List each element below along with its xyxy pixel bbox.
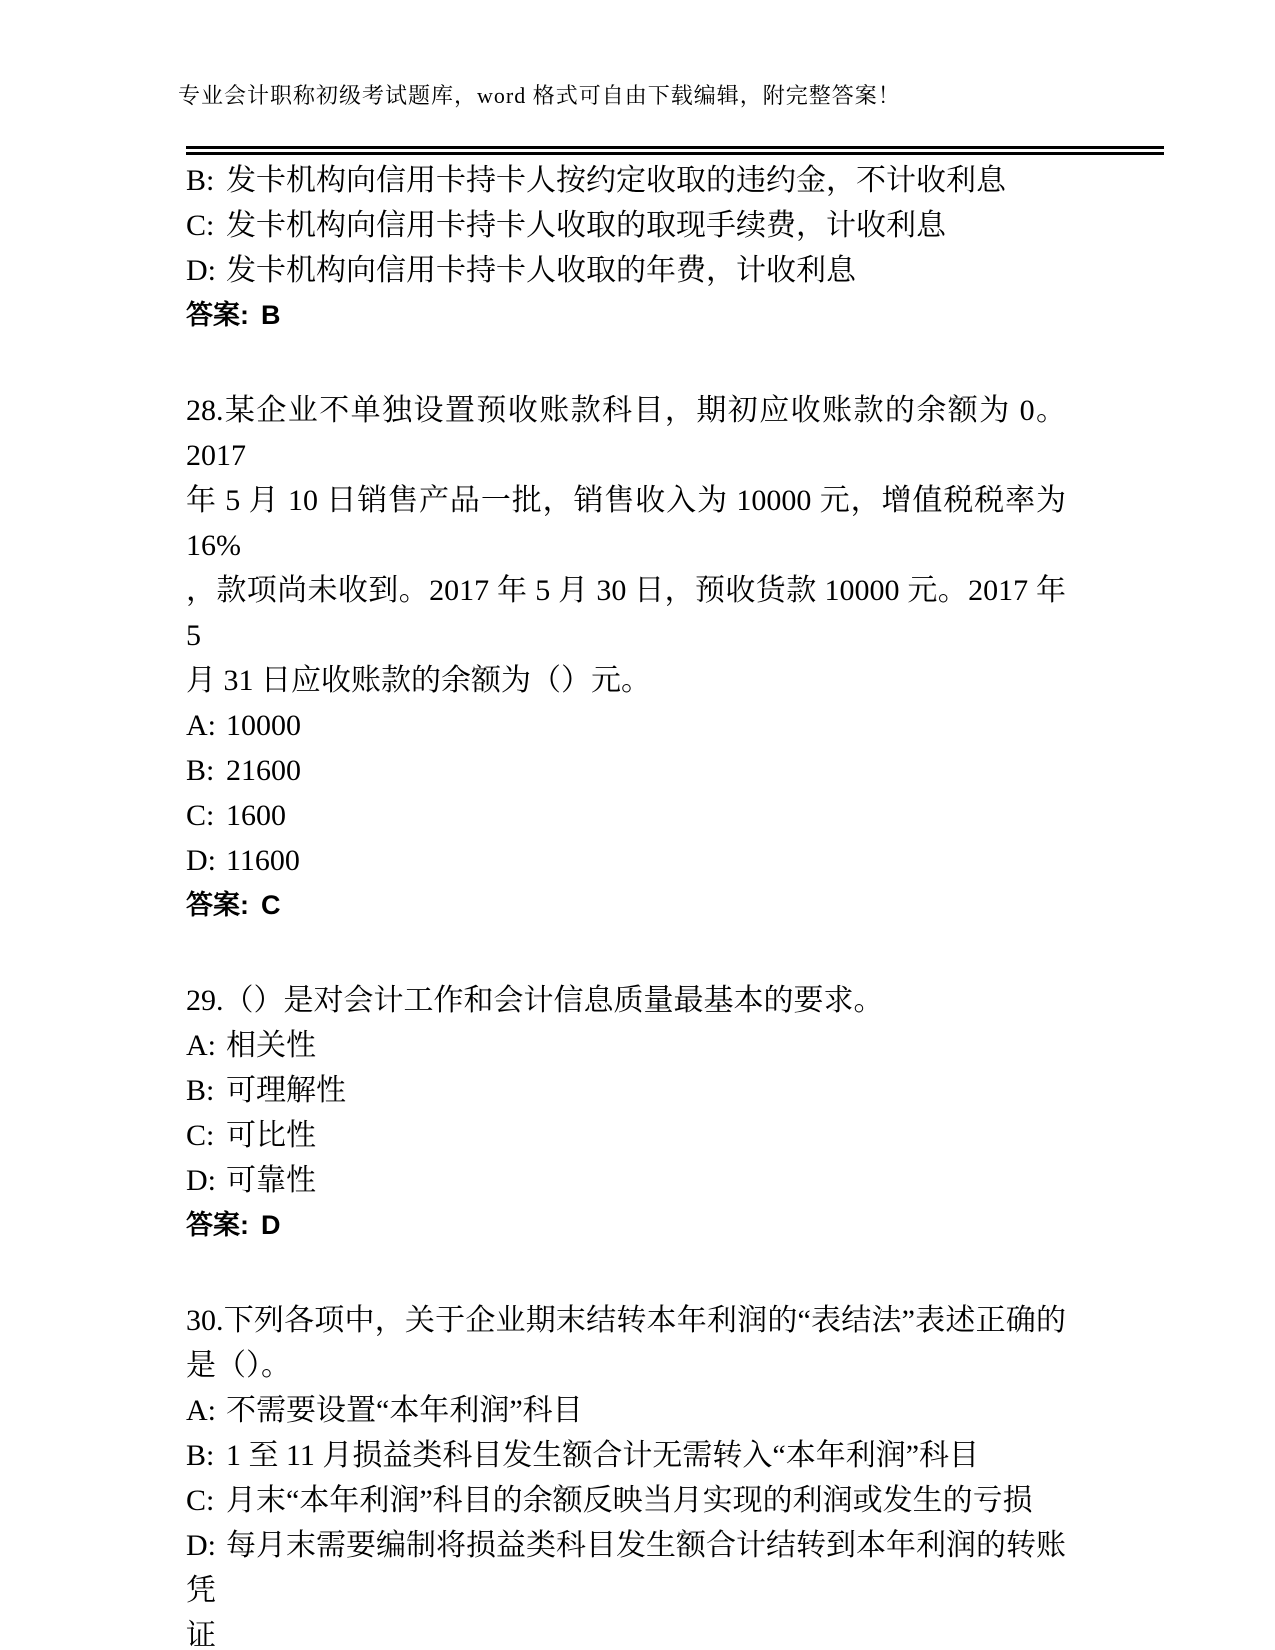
answer-row: 答案:D	[186, 1203, 1066, 1248]
option-row: B:可理解性	[186, 1068, 1066, 1113]
question-block-29: 29.（）是对会计工作和会计信息质量最基本的要求。 A:相关性 B:可理解性 C…	[186, 978, 1066, 1248]
document-page: 专业会计职称初级考试题库，word 格式可自由下载编辑，附完整答案！ B:发卡机…	[0, 0, 1275, 1650]
stem-line: 是（）。	[186, 1343, 1066, 1388]
option-row: C:月末“本年利润”科目的余额反映当月实现的利润或发生的亏损	[186, 1478, 1066, 1523]
option-letter: C:	[186, 203, 226, 248]
option-row: D:可靠性	[186, 1158, 1066, 1203]
stem-line: ，款项尚未收到。2017 年 5 月 30 日，预收货款 10000 元。201…	[186, 568, 1066, 658]
option-letter: C:	[186, 793, 226, 838]
option-letter: D:	[186, 1523, 226, 1568]
option-letter: D:	[186, 248, 226, 293]
option-letter: C:	[186, 1478, 226, 1523]
question-stem: 29.（）是对会计工作和会计信息质量最基本的要求。	[186, 978, 1066, 1023]
question-stem: 28.某企业不单独设置预收账款科目，期初应收账款的余额为 0。2017 年 5 …	[186, 388, 1066, 703]
option-letter: B:	[186, 158, 226, 203]
question-block-28: 28.某企业不单独设置预收账款科目，期初应收账款的余额为 0。2017 年 5 …	[186, 388, 1066, 928]
header-divider-double-rule	[186, 146, 1164, 155]
stem-line: 年 5 月 10 日销售产品一批，销售收入为 10000 元，增值税税率为 16…	[186, 478, 1066, 568]
stem-line: 月 31 日应收账款的余额为（）元。	[186, 658, 1066, 703]
option-text: 每月末需要编制将损益类科目发生额合计结转到本年利润的转账凭	[186, 1529, 1066, 1607]
option-row: A:相关性	[186, 1023, 1066, 1068]
option-row: B:21600	[186, 748, 1066, 793]
option-text: 发卡机构向信用卡持卡人收取的取现手续费，计收利息	[226, 209, 946, 242]
option-text: 1600	[226, 799, 286, 832]
option-wrap-line: 证	[186, 1613, 1066, 1650]
option-text: 不需要设置“本年利润”科目	[226, 1394, 583, 1427]
option-text: 可理解性	[226, 1074, 346, 1107]
option-row: D:发卡机构向信用卡持卡人收取的年费，计收利息	[186, 248, 1066, 293]
stem-line: 30.下列各项中，关于企业期末结转本年利润的“表结法”表述正确的	[186, 1298, 1066, 1343]
option-row: D:每月末需要编制将损益类科目发生额合计结转到本年利润的转账凭 证	[186, 1523, 1066, 1650]
answer-value: C	[261, 890, 281, 920]
option-text: 10000	[226, 709, 301, 742]
option-text: 相关性	[226, 1029, 316, 1062]
answer-value: D	[261, 1210, 281, 1240]
option-letter: A:	[186, 1388, 226, 1433]
answer-row: 答案:C	[186, 883, 1066, 928]
option-text: 可比性	[226, 1119, 316, 1152]
answer-label: 答案:	[186, 890, 249, 920]
option-text: 1 至 11 月损益类科目发生额合计无需转入“本年利润”科目	[226, 1439, 979, 1472]
option-row: C:发卡机构向信用卡持卡人收取的取现手续费，计收利息	[186, 203, 1066, 248]
option-row: A:不需要设置“本年利润”科目	[186, 1388, 1066, 1433]
document-header-text: 专业会计职称初级考试题库，word 格式可自由下载编辑，附完整答案！	[0, 0, 1275, 118]
option-letter: B:	[186, 1068, 226, 1113]
stem-line: 29.（）是对会计工作和会计信息质量最基本的要求。	[186, 978, 1066, 1023]
option-first-line: D:每月末需要编制将损益类科目发生额合计结转到本年利润的转账凭	[186, 1523, 1066, 1613]
document-body: B:发卡机构向信用卡持卡人按约定收取的违约金，不计收利息 C:发卡机构向信用卡持…	[186, 158, 1066, 1650]
option-row: C:可比性	[186, 1113, 1066, 1158]
answer-value: B	[261, 300, 281, 330]
option-row: B:发卡机构向信用卡持卡人按约定收取的违约金，不计收利息	[186, 158, 1066, 203]
option-text: 发卡机构向信用卡持卡人按约定收取的违约金，不计收利息	[226, 164, 1006, 197]
option-letter: A:	[186, 1023, 226, 1068]
option-letter: C:	[186, 1113, 226, 1158]
option-letter: B:	[186, 1433, 226, 1478]
answer-row: 答案:B	[186, 293, 1066, 338]
question-block-30: 30.下列各项中，关于企业期末结转本年利润的“表结法”表述正确的 是（）。 A:…	[186, 1298, 1066, 1650]
option-text: 月末“本年利润”科目的余额反映当月实现的利润或发生的亏损	[226, 1484, 1033, 1517]
option-row: B:1 至 11 月损益类科目发生额合计无需转入“本年利润”科目	[186, 1433, 1066, 1478]
option-letter: D:	[186, 1158, 226, 1203]
option-text: 可靠性	[226, 1164, 316, 1197]
option-row: A:10000	[186, 703, 1066, 748]
question-stem: 30.下列各项中，关于企业期末结转本年利润的“表结法”表述正确的 是（）。	[186, 1298, 1066, 1388]
option-text: 11600	[226, 844, 300, 877]
answer-label: 答案:	[186, 1210, 249, 1240]
option-letter: B:	[186, 748, 226, 793]
option-row: C:1600	[186, 793, 1066, 838]
option-letter: D:	[186, 838, 226, 883]
answer-label: 答案:	[186, 300, 249, 330]
option-letter: A:	[186, 703, 226, 748]
option-text: 21600	[226, 754, 301, 787]
stem-line: 28.某企业不单独设置预收账款科目，期初应收账款的余额为 0。2017	[186, 388, 1066, 478]
question-block-27-partial: B:发卡机构向信用卡持卡人按约定收取的违约金，不计收利息 C:发卡机构向信用卡持…	[186, 158, 1066, 338]
option-row: D:11600	[186, 838, 1066, 883]
option-text: 发卡机构向信用卡持卡人收取的年费，计收利息	[226, 254, 856, 287]
